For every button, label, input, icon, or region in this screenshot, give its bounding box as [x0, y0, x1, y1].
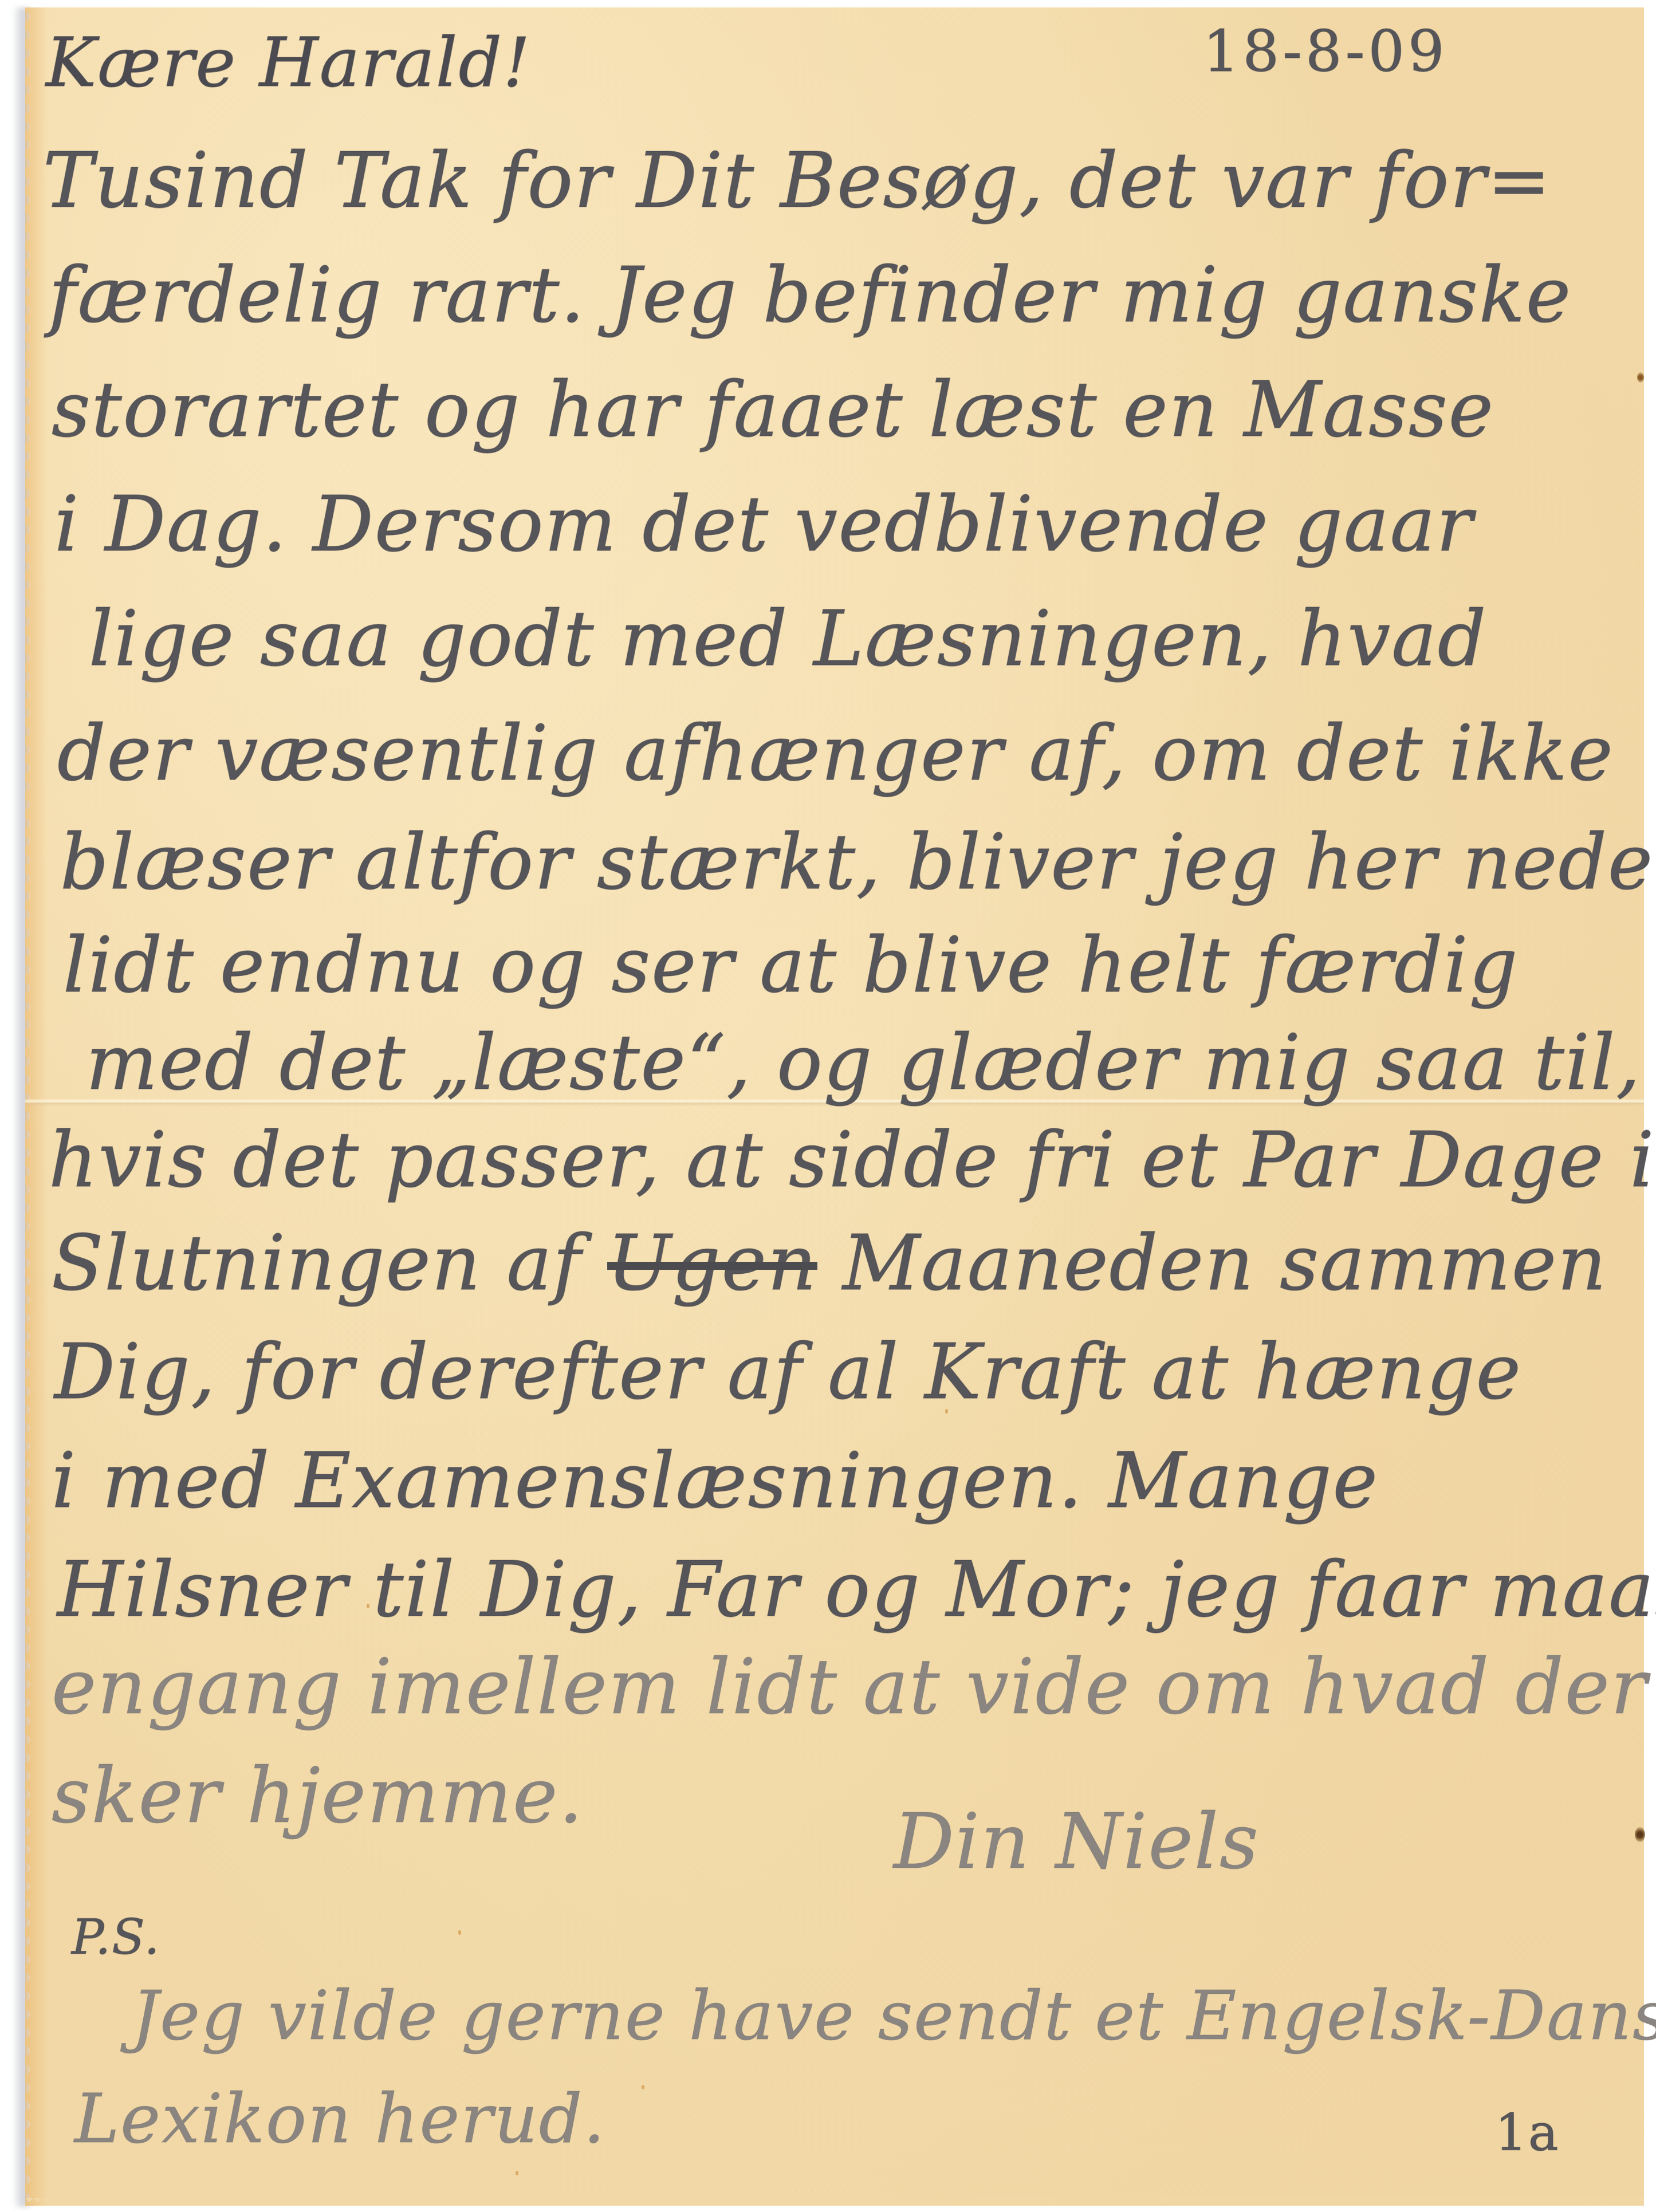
letter-date: 18-8-09: [1203, 23, 1448, 80]
letter-line-with-correction: Slutningen af Ugen Maaneden sammen: [52, 1226, 1607, 1301]
ink-stain: [1635, 1827, 1645, 1842]
letter-line: engang imellem lidt at vide om hvad der: [52, 1650, 1648, 1725]
letter-line-text: Slutningen af: [52, 1219, 582, 1308]
paper-speck: [642, 2085, 644, 2089]
page-marker: 1a: [1495, 2108, 1559, 2158]
letter-line: med det „læste“, og glæder mig saa til,: [86, 1025, 1641, 1101]
letter-line: Dig, for derefter af al Kraft at hænge: [54, 1335, 1522, 1410]
ink-stain: [1637, 372, 1644, 383]
letter-line: Hilsner til Dig, Far og Mor; jeg faar ma…: [57, 1552, 1656, 1628]
postscript-line: Jeg vilde gerne have sendt et Engelsk-Da…: [132, 1982, 1656, 2049]
letter-line: Tusind Tak for Dit Besøg, det var for=: [43, 143, 1552, 219]
paper-speck: [458, 1930, 461, 1935]
letter-line: i Dag. Dersom det vedblivende gaar: [54, 487, 1474, 562]
scanned-letter: Kære Harald! 18-8-09 Tusind Tak for Dit …: [0, 0, 1656, 2212]
letter-line: sker hjemme.: [52, 1758, 584, 1834]
postscript-line: Lexikon herud.: [74, 2085, 606, 2152]
letter-line: lidt endnu og ser at blive helt færdig: [63, 928, 1519, 1003]
letter-signature: Din Niels: [894, 1804, 1260, 1880]
bottom-perforated-edge: [25, 2198, 1644, 2206]
letter-salutation: Kære Harald!: [46, 29, 532, 96]
postscript-label: P.S.: [72, 1913, 160, 1961]
paper-speck: [516, 2171, 518, 2175]
letter-line-text: Maaneden sammen: [843, 1219, 1607, 1308]
letter-line: der væsentlig afhænger af, om det ikke: [57, 716, 1614, 792]
letter-line: færdelig rart. Jeg befinder mig ganske: [49, 258, 1572, 333]
letter-line: hvis det passer, at sidde fri et Par Dag…: [49, 1123, 1655, 1198]
struck-through-word: Ugen: [607, 1219, 817, 1308]
letter-line: storartet og har faaet læst en Masse: [52, 372, 1494, 448]
letter-line: i med Examenslæsningen. Mange: [52, 1443, 1379, 1519]
letter-line: blæser altfor stærkt, bliver jeg her ned…: [60, 825, 1654, 900]
letter-line: lige saa godt med Læsningen, hvad: [89, 601, 1487, 677]
